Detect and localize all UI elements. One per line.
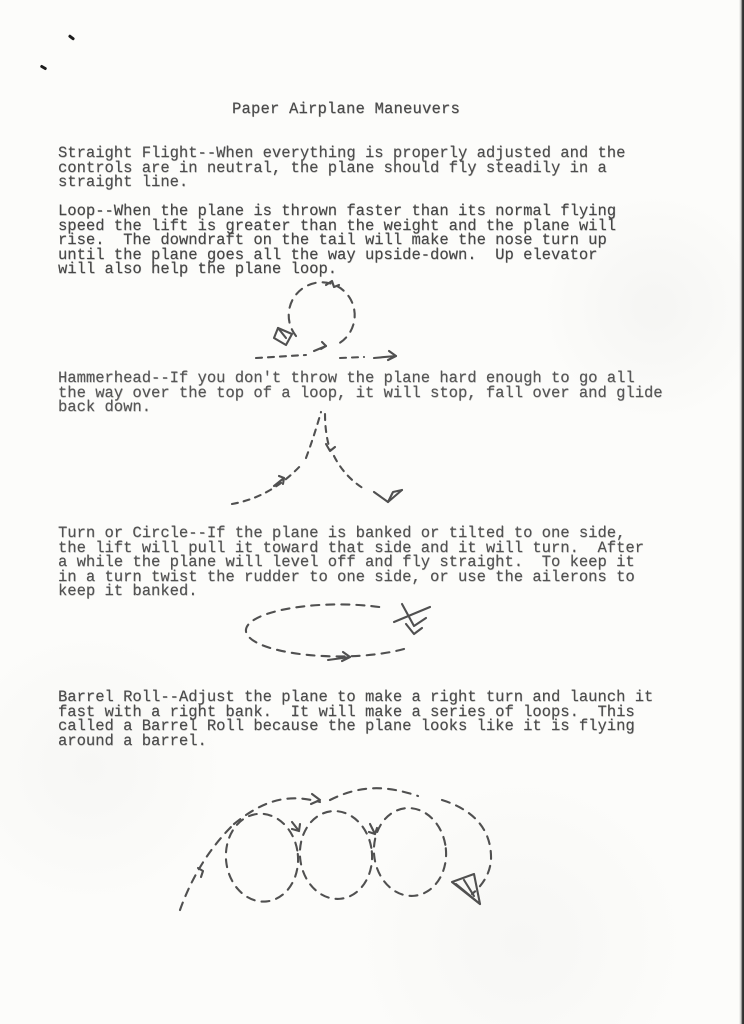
loop-3 (370, 804, 451, 899)
exit-path (340, 357, 364, 358)
paper-airplane-icon (394, 604, 430, 634)
scanned-document-page: Paper Airplane Maneuvers Straight Flight… (0, 0, 744, 1024)
paragraph-turn-or-circle: Turn or Circle--If the plane is banked o… (58, 526, 644, 599)
climb-path (232, 464, 302, 504)
page-title: Paper Airplane Maneuvers (232, 100, 460, 118)
ink-speck (68, 34, 75, 41)
entry-path (256, 355, 306, 358)
paper-airplane-icon (452, 874, 480, 904)
arrowhead (326, 444, 335, 451)
paragraph-loop: Loop--When the plane is thrown faster th… (58, 204, 616, 277)
loop-figure (248, 278, 408, 373)
barrel-roll-figure (174, 770, 519, 918)
paragraph-straight-flight: Straight Flight--When everything is prop… (58, 146, 625, 190)
entry-path (180, 826, 232, 910)
ink-speck (40, 64, 48, 70)
scan-edge-shadow (739, 0, 744, 1024)
paper-airplane-icon (274, 328, 292, 345)
loop-path (289, 282, 355, 344)
exit-path (442, 800, 491, 894)
arrowhead (198, 868, 203, 877)
loop-2 (296, 807, 377, 902)
paper-airplane-icon (374, 490, 402, 502)
turn-circle-figure (236, 598, 451, 673)
hammerhead-figure (226, 406, 411, 514)
paragraph-barrel-roll: Barrel Roll--Adjust the plane to make a … (58, 690, 653, 748)
circle-path (246, 604, 404, 656)
